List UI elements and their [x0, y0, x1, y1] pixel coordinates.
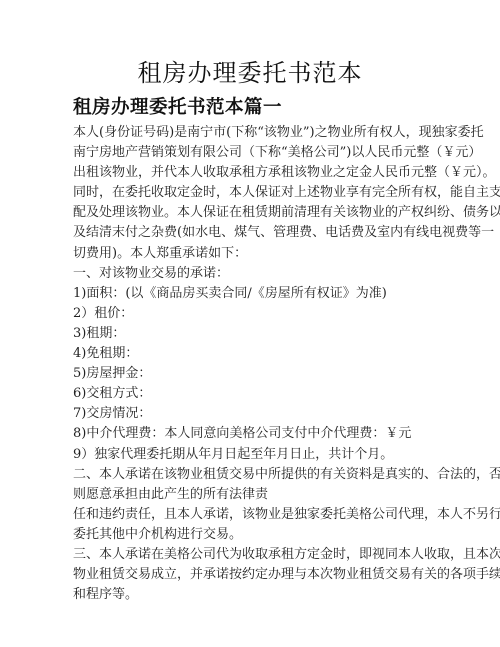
paragraph-line: 本人(身份证号码)是南宁市(下称“该物业”)之物业所有权人，现独家委托: [73, 123, 473, 143]
list-item-agency-fee: 8)中介代理费：本人同意向美格公司支付中介代理费：￥元: [73, 424, 473, 444]
paragraph-line: 切费用)。本人郑重承诺如下：: [73, 244, 473, 264]
clause-three-line: 三、本人承诺在美格公司代为收取承租方定金时，即视同本人收取，且本次: [73, 545, 473, 565]
list-item-lease-term: 3)租期：: [73, 324, 473, 344]
clause-three-line: 物业租赁交易成立，并承诺按约定办理与本次物业租赁交易有关的各项手续: [73, 565, 473, 585]
document-page: 租房办理委托书范本 租房办理委托书范本篇一 本人(身份证号码)是南宁市(下称“该…: [0, 0, 500, 647]
clause-two-line: 二、本人承诺在该物业租赁交易中所提供的有关资料是真实的、合法的，否: [73, 465, 473, 485]
list-item-rent: 2）租价：: [73, 304, 473, 324]
paragraph-line: 出租该物业，并代本人收取承租方承租该物业之定金人民币元整（￥元）。: [73, 163, 473, 183]
clause-two-line: 则愿意承担由此产生的所有法律责: [73, 485, 473, 505]
paragraph-line: 配及处理该物业。本人保证在租赁期前清理有关该物业的产权纠纷、债务以: [73, 203, 473, 223]
paragraph-line: 南宁房地产营销策划有限公司（下称“美格公司”)以人民币元整（￥元）: [73, 143, 473, 163]
list-item-deposit: 5)房屋押金：: [73, 364, 473, 384]
document-body: 本人(身份证号码)是南宁市(下称“该物业”)之物业所有权人，现独家委托 南宁房地…: [73, 123, 473, 605]
list-item-rent-free-period: 4)免租期：: [73, 344, 473, 364]
section-title: 租房办理委托书范本篇一: [73, 96, 282, 120]
clause-heading: 一、对该物业交易的承诺：: [73, 264, 473, 284]
document-title: 租房办理委托书范本: [0, 58, 500, 88]
list-item-agency-period: 9）独家代理委托期从年月日起至年月日止，共计个月。: [73, 445, 473, 465]
paragraph-line: 及结清末付之杂费(如水电、煤气、管理费、电话费及室内有线电视费等一: [73, 223, 473, 243]
clause-three-line: 和程序等。: [73, 585, 473, 605]
paragraph-line: 同时，在委托收取定金时，本人保证对上述物业享有完全所有权，能自主支: [73, 183, 473, 203]
clause-two-line: 委托其他中介机构进行交易。: [73, 525, 473, 545]
list-item-handover: 7)交房情况：: [73, 404, 473, 424]
clause-two-line: 任和违约责任，且本人承诺，该物业是独家委托美格公司代理，本人不另行: [73, 505, 473, 525]
list-item-payment-method: 6)交租方式：: [73, 384, 473, 404]
list-item-area: 1)面积：(以《商品房买卖合同/《房屋所有权证》为准): [73, 284, 473, 304]
